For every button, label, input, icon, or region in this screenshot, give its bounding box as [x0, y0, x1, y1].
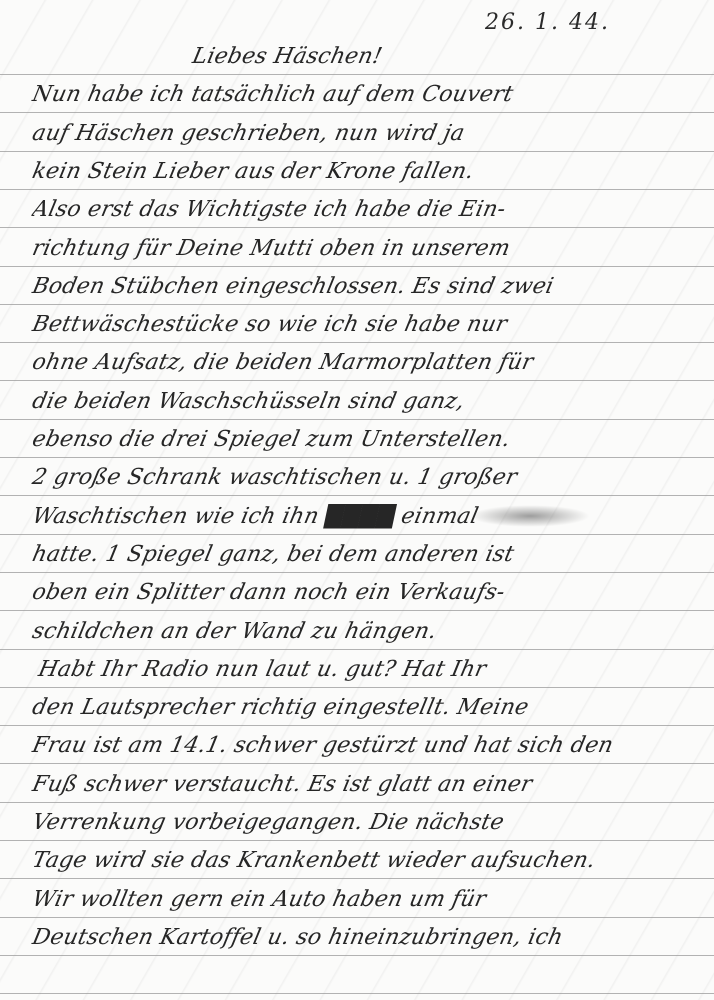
handwritten-line: Verrenkung vorbeigegangen. Die nächste [30, 810, 705, 835]
handwritten-line: Fuß schwer verstaucht. Es ist glatt an e… [30, 772, 705, 797]
letter-date: 26. 1. 44. [485, 10, 610, 35]
ruled-line [0, 649, 714, 650]
letter-page: 26. 1. 44. Liebes Häschen!Nun habe ich t… [0, 0, 714, 1000]
ruled-line [0, 840, 714, 841]
handwritten-line: ebenso die drei Spiegel zum Unterstellen… [30, 427, 705, 452]
handwritten-line: schildchen an der Wand zu hängen. [30, 619, 705, 644]
ruled-line [0, 495, 714, 496]
ruled-line [0, 763, 714, 764]
ink-smudge [470, 505, 590, 527]
handwritten-line: Boden Stübchen eingeschlossen. Es sind z… [30, 274, 705, 299]
handwritten-line: hatte. 1 Spiegel ganz, bei dem anderen i… [30, 542, 705, 567]
handwritten-line: auf Häschen geschrieben, nun wird ja [30, 121, 705, 146]
handwritten-line: Deutschen Kartoffel u. so hineinzubringe… [30, 925, 705, 950]
ruled-line [0, 917, 714, 918]
handwritten-line: den Lautsprecher richtig eingestellt. Me… [30, 695, 705, 720]
ruled-line [0, 189, 714, 190]
ruled-line [0, 725, 714, 726]
handwritten-line: Tage wird sie das Krankenbett wieder auf… [30, 848, 705, 873]
handwritten-line: Wir wollten gern ein Auto haben um für [30, 887, 705, 912]
handwritten-line: die beiden Waschschüsseln sind ganz, [30, 389, 705, 414]
handwritten-line: kein Stein Lieber aus der Krone fallen. [30, 159, 705, 184]
ruled-line [0, 802, 714, 803]
ruled-line [0, 151, 714, 152]
ruled-line [0, 304, 714, 305]
ruled-line [0, 266, 714, 267]
handwritten-line: Frau ist am 14.1. schwer gestürzt und ha… [30, 733, 705, 758]
ruled-line [0, 380, 714, 381]
handwritten-line: 2 große Schrank waschtischen u. 1 großer [30, 465, 705, 490]
handwritten-line: Habt Ihr Radio nun laut u. gut? Hat Ihr [36, 657, 711, 682]
handwritten-line: richtung für Deine Mutti oben in unserem [30, 236, 705, 261]
ruled-line [0, 572, 714, 573]
ruled-line [0, 610, 714, 611]
ruled-line [0, 457, 714, 458]
ruled-line [0, 227, 714, 228]
ruled-line [0, 955, 714, 956]
ruled-line [0, 419, 714, 420]
handwritten-line: Bettwäschestücke so wie ich sie habe nur [30, 312, 705, 337]
handwritten-line: oben ein Splitter dann noch ein Verkaufs… [30, 580, 705, 605]
handwritten-line: ohne Aufsatz, die beiden Marmorplatten f… [30, 350, 705, 375]
ruled-line [0, 342, 714, 343]
ruled-line [0, 534, 714, 535]
ruled-line [0, 993, 714, 994]
handwritten-line: Waschtischen wie ich ihn ████ einmal [30, 504, 705, 529]
handwritten-line: Also erst das Wichtigste ich habe die Ei… [30, 197, 705, 222]
salutation: Liebes Häschen! [190, 44, 714, 69]
ruled-line [0, 74, 714, 75]
ruled-line [0, 878, 714, 879]
ruled-line [0, 687, 714, 688]
handwritten-line: Nun habe ich tatsächlich auf dem Couvert [30, 82, 705, 107]
ruled-line [0, 112, 714, 113]
